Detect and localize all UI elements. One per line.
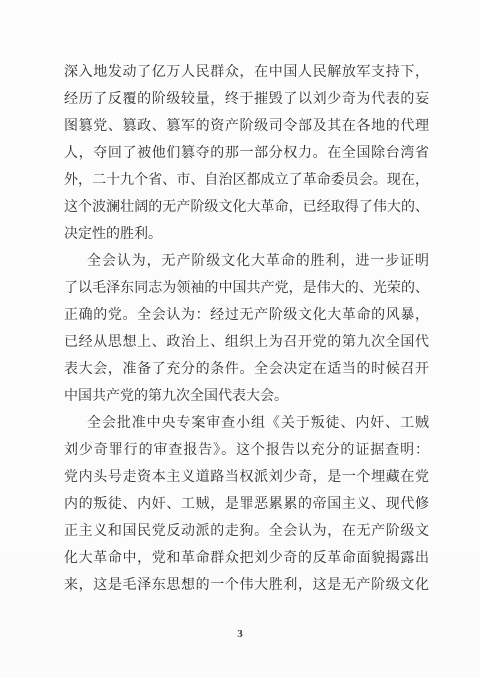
- text-line: 人，夺回了被他们篡夺的那一部分权力。在全国除台湾省: [64, 140, 429, 167]
- text-line: 了以毛泽东同志为领袖的中国共产党，是伟大的、光荣的、: [64, 275, 429, 302]
- text-line: 中国共产党的第九次全国代表大会。: [64, 383, 429, 410]
- text-line: 外，二十九个省、市、自治区都成立了革命委员会。现在，: [64, 167, 429, 194]
- text-line: 已经从思想上、政治上、组织上为召开党的第九次全国代: [64, 329, 429, 356]
- text-line: 全会批准中央专案审查小组《关于叛徒、内奸、工贼: [64, 410, 429, 437]
- page-number: 3: [237, 628, 243, 640]
- text-line: 决定性的胜利。: [64, 221, 429, 248]
- text-line: 来，这是毛泽东思想的一个伟大胜利，这是无产阶级文化: [64, 572, 429, 599]
- text-line: 深入地发动了亿万人民群众，在中国人民解放军支持下，: [64, 59, 429, 86]
- text-line: 党内头号走资本主义道路当权派刘少奇，是一个埋藏在党: [64, 464, 429, 491]
- text-line: 这个波澜壮阔的无产阶级文化大革命，已经取得了伟大的、: [64, 194, 429, 221]
- text-line: 化大革命中，党和革命群众把刘少奇的反革命面貌揭露出: [64, 545, 429, 572]
- text-line: 表大会，准备了充分的条件。全会决定在适当的时候召开: [64, 356, 429, 383]
- document-body-text: 深入地发动了亿万人民群众，在中国人民解放军支持下，经历了反覆的阶级较量，终于摧毁…: [64, 59, 429, 599]
- page-footer: 3: [0, 624, 480, 642]
- document-page: 深入地发动了亿万人民群众，在中国人民解放军支持下，经历了反覆的阶级较量，终于摧毁…: [0, 0, 480, 678]
- text-line: 正确的党。全会认为：经过无产阶级文化大革命的风暴，: [64, 302, 429, 329]
- text-line: 刘少奇罪行的审查报告》。这个报告以充分的证据查明：: [64, 437, 429, 464]
- text-line: 图篡党、篡政、篡军的资产阶级司令部及其在各地的代理: [64, 113, 429, 140]
- text-line: 内的叛徒、内奸、工贼，是罪恶累累的帝国主义、现代修: [64, 491, 429, 518]
- text-line: 经历了反覆的阶级较量，终于摧毁了以刘少奇为代表的妄: [64, 86, 429, 113]
- text-line: 正主义和国民党反动派的走狗。全会认为，在无产阶级文: [64, 518, 429, 545]
- text-line: 全会认为，无产阶级文化大革命的胜利，进一步证明: [64, 248, 429, 275]
